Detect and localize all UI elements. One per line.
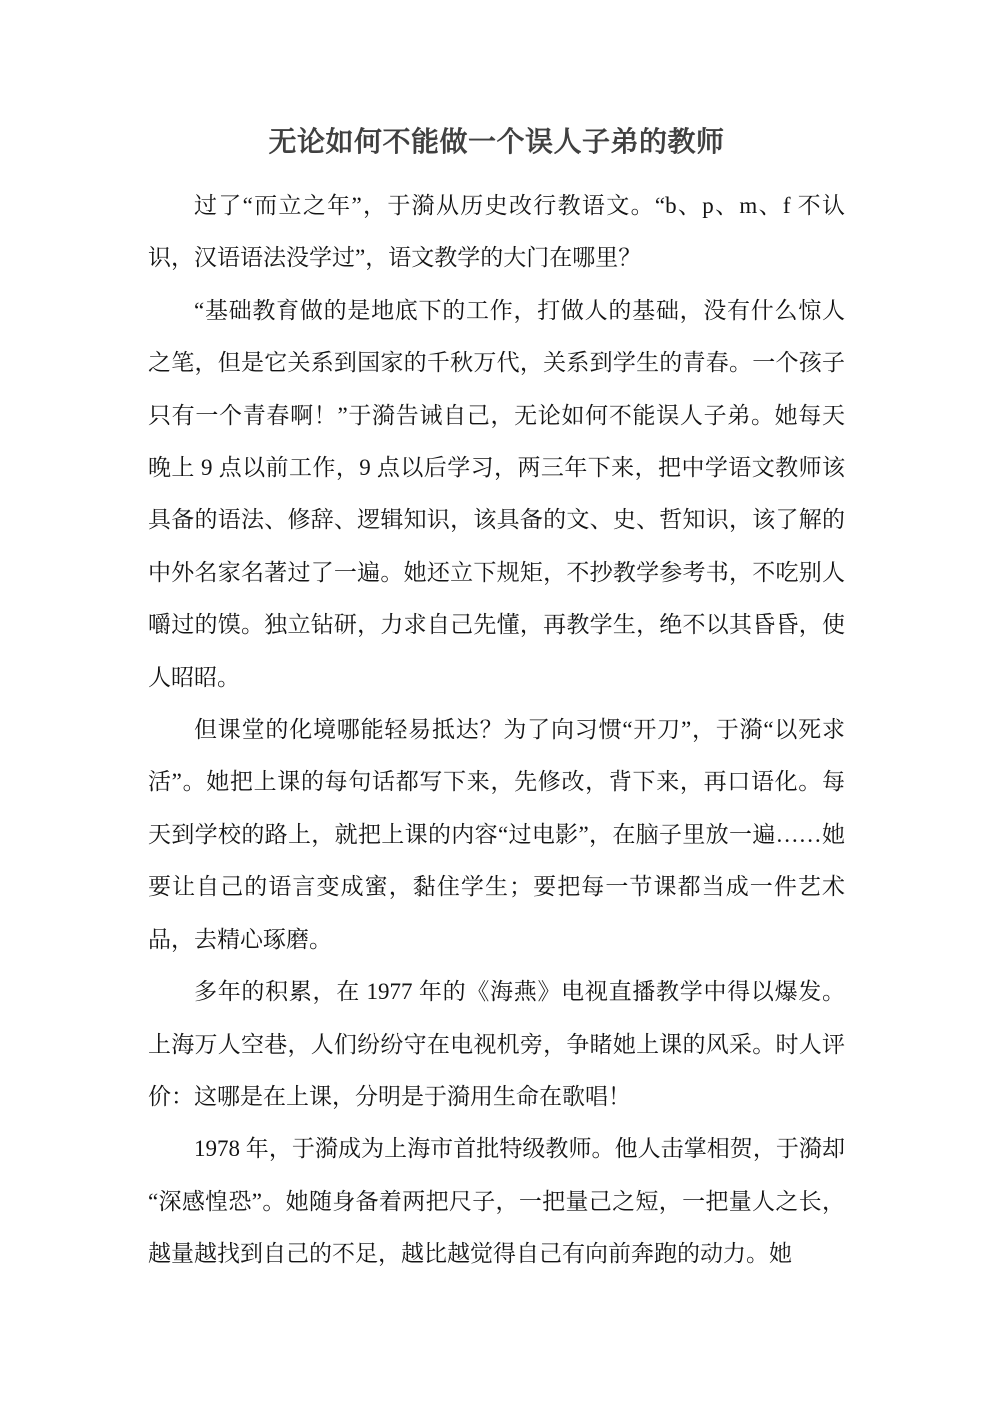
paragraph: 但课堂的化境哪能轻易抵达？为了向习惯“开刀”，于漪“以死求活”。她把上课的每句话… bbox=[148, 704, 845, 966]
document-page: 无论如何不能做一个误人子弟的教师 过了“而立之年”，于漪从历史改行教语文。“b、… bbox=[0, 0, 992, 1403]
paragraph: 多年的积累，在 1977 年的《海燕》电视直播教学中得以爆发。上海万人空巷，人们… bbox=[148, 966, 845, 1123]
paragraph: 1978 年，于漪成为上海市首批特级教师。他人击掌相贺，于漪却“深感惶恐”。她随… bbox=[148, 1123, 845, 1280]
document-title: 无论如何不能做一个误人子弟的教师 bbox=[148, 121, 845, 163]
document-body: 过了“而立之年”，于漪从历史改行教语文。“b、p、m、f 不认识，汉语语法没学过… bbox=[148, 180, 845, 1281]
paragraph: 过了“而立之年”，于漪从历史改行教语文。“b、p、m、f 不认识，汉语语法没学过… bbox=[148, 180, 845, 285]
paragraph: “基础教育做的是地底下的工作，打做人的基础，没有什么惊人之笔，但是它关系到国家的… bbox=[148, 285, 845, 704]
